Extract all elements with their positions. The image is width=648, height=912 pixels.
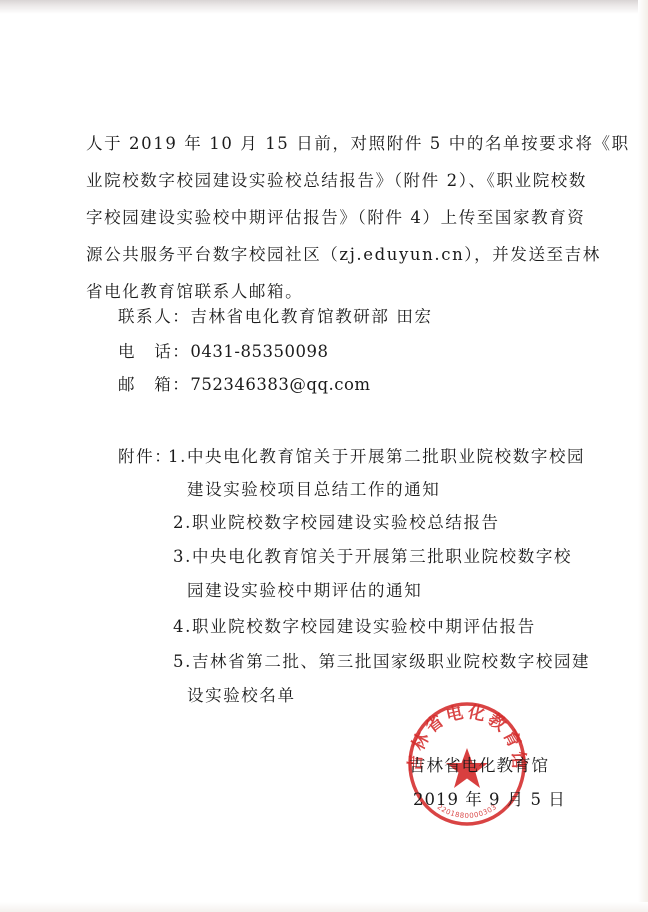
- attachment-item-5-cont: 设实验校名单: [187, 686, 296, 706]
- attachment-item-5: 5.吉林省第二批、第三批国家级职业院校数字校园建: [173, 652, 590, 672]
- contact-email-label: 邮 箱：: [118, 375, 190, 394]
- contact-person-label: 联系人：: [118, 307, 190, 326]
- scan-right-edge: [638, 0, 648, 912]
- attachment-item-1-cont: 建设实验校项目总结工作的通知: [187, 480, 440, 500]
- contact-email: 邮 箱：752346383@qq.com: [118, 375, 371, 395]
- contact-person: 联系人：吉林省电化教育馆教研部 田宏: [118, 307, 433, 327]
- paragraph-line: 省电化教育馆联系人邮箱。: [86, 282, 303, 302]
- attachment-item-1: 1.中央电化教育馆关于开展第二批职业院校数字校园: [168, 447, 585, 467]
- contact-person-value: 吉林省电化教育馆教研部 田宏: [190, 307, 432, 326]
- contact-phone: 电 话：0431-85350098: [118, 342, 328, 362]
- scan-top-edge: [0, 0, 648, 14]
- attachments-label: 附件：: [118, 447, 172, 467]
- contact-email-value: 752346383@qq.com: [190, 375, 370, 394]
- paragraph-line: 业院校数字校园建设实验校总结报告》（附件 2）、《职业院校数: [86, 171, 587, 191]
- paragraph-line: 字校园建设实验校中期评估报告》（附件 4）上传至国家教育资: [86, 208, 585, 228]
- contact-phone-label: 电 话：: [118, 342, 190, 361]
- attachment-item-3: 3.中央电化教育馆关于开展第三批职业院校数字校: [173, 547, 572, 567]
- signing-date: 2019 年 9 月 5 日: [413, 790, 566, 810]
- scan-bottom-edge: [0, 902, 648, 912]
- paragraph-line: 源公共服务平台数字校园社区（zj.eduyun.cn），并发送至吉林: [86, 245, 601, 265]
- attachment-item-2: 2.职业院校数字校园建设实验校总结报告: [173, 513, 500, 533]
- signing-organization: 吉林省电化教育馆: [409, 756, 549, 776]
- attachment-item-3-cont: 园建设实验校中期评估的通知: [187, 581, 422, 601]
- contact-phone-value: 0431-85350098: [190, 342, 328, 361]
- attachment-item-4: 4.职业院校数字校园建设实验校中期评估报告: [173, 617, 536, 637]
- paragraph-line: 人于 2019 年 10 月 15 日前，对照附件 5 中的名单按要求将《职: [86, 134, 630, 154]
